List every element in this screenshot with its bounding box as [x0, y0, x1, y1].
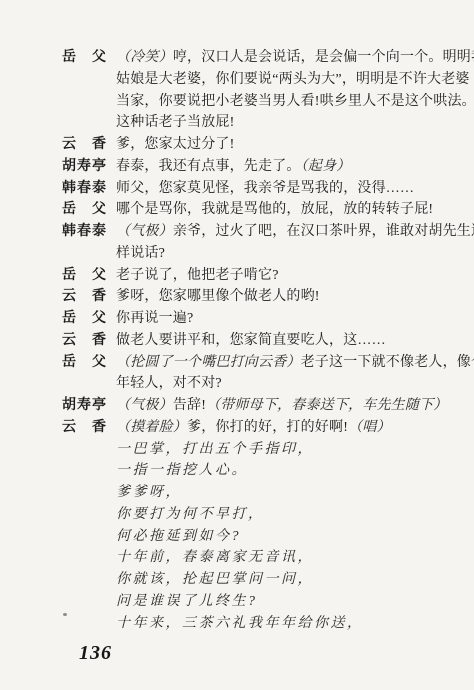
dialogue-row: 问是谁误了儿终生?	[62, 591, 460, 613]
dialogue-row: 这种话老子当放屁!	[62, 112, 460, 134]
dialogue-row: 一指一指挖人心。	[62, 460, 460, 482]
dialogue-row: 十年前，春泰离家无音讯，	[62, 547, 460, 569]
dialogue-row: 十年来，三茶六礼我年年给你送，	[62, 613, 460, 635]
speaker-name: 岳 父	[62, 265, 108, 287]
dialogue-row: 何必拖延到如今?	[62, 526, 460, 548]
stage-direction: （带师母下，春泰送下，车先生随下）	[206, 398, 447, 413]
speaker-name: 韩春泰	[62, 221, 108, 243]
dialogue-row: 岳 父 哪个是骂你，我就是骂他的，放屁，放的转转子屁!	[62, 199, 460, 221]
speaker-name: 岳 父	[62, 199, 108, 221]
dialogue-text: 你就该，抡起巴掌问一问，	[116, 569, 314, 591]
dialogue-text: （摸着脸）爹，你打的好，打的好啊!（唱）	[116, 417, 391, 439]
stage-direction: （气极）	[116, 398, 173, 413]
dialogue-row: 姑娘是大老婆，你们要说“两头为大”，明明是不许大老婆	[62, 69, 460, 91]
dialogue-row: 云 香 做老人要讲平和，您家简直要吃人，这……	[62, 330, 460, 352]
speaker-name: 岳 父	[62, 352, 108, 374]
stage-direction: （抡圆了一个嘴巴打向云香）	[116, 355, 301, 370]
speaker-name: 胡寿亭	[62, 156, 108, 178]
dialogue-text: 你再说一遍?	[116, 308, 193, 330]
dialogue-row: 你要打为何不早打，	[62, 504, 460, 526]
dialogue-text: 十年来，三茶六礼我年年给你送，	[116, 613, 364, 635]
page-number: 136	[79, 642, 112, 665]
dialogue-text: （抡圆了一个嘴巴打向云香）老子这一下就不像老人，像个	[116, 352, 474, 374]
dialogue-text: 爹呀，您家哪里像个做老人的哟!	[116, 286, 320, 308]
dialogue-text: 问是谁误了儿终生?	[116, 591, 258, 613]
dialogue-text: 爹，您家太过分了!	[116, 134, 234, 156]
stage-direction: （起身）	[301, 159, 351, 174]
dialogue-text: 十年前，春泰离家无音讯，	[116, 547, 314, 569]
dialogue-text: 何必拖延到如今?	[116, 526, 241, 548]
dialogue-row: 样说话?	[62, 243, 460, 265]
dialogue-text: 样说话?	[116, 243, 165, 265]
dialogue-row: 岳 父 （抡圆了一个嘴巴打向云香）老子这一下就不像老人，像个	[62, 352, 460, 374]
dialogue-text: 这种话老子当放屁!	[116, 112, 234, 134]
speaker-name: 云 香	[62, 134, 108, 156]
dialogue-row: 韩春泰 师父，您家莫见怪，我亲爷是骂我的，没得……	[62, 178, 460, 200]
dialogue-row: 岳 父 老子说了，他把老子啃它?	[62, 265, 460, 287]
dialogue-row: 岳 父 你再说一遍?	[62, 308, 460, 330]
dialogue-row: 胡寿亭 （气极）告辞!（带师母下，春泰送下，车先生随下）	[62, 395, 460, 417]
speaker-name: 云 香	[62, 330, 108, 352]
dialogue-text: 当家，你要说把小老婆当男人看!哄乡里人不是这个哄法。	[116, 91, 474, 113]
dialogue-row: 年轻人，对不对?	[62, 373, 460, 395]
scan-speck	[63, 613, 67, 616]
book-page: 岳 父 （冷笑）哼，汉口人是会说话，是会偏一个向一个。明明我 姑娘是大老婆，你们…	[0, 0, 474, 690]
dialogue-text: （气极）告辞!（带师母下，春泰送下，车先生随下）	[116, 395, 447, 417]
dialogue-row: 云 香 爹呀，您家哪里像个做老人的哟!	[62, 286, 460, 308]
stage-direction: （摸着脸）	[116, 420, 187, 435]
dialogue-text: 老子说了，他把老子啃它?	[116, 265, 279, 287]
dialogue-text: 哪个是骂你，我就是骂他的，放屁，放的转转子屁!	[116, 199, 433, 221]
dialogue-row: 岳 父 （冷笑）哼，汉口人是会说话，是会偏一个向一个。明明我	[62, 47, 460, 69]
dialogue-text: 做老人要讲平和，您家简直要吃人，这……	[116, 330, 386, 352]
dialogue-text: 师父，您家莫见怪，我亲爷是骂我的，没得……	[116, 178, 414, 200]
dialogue-text: 春泰，我还有点事，先走了。（起身）	[116, 156, 350, 178]
speaker-name: 韩春泰	[62, 178, 108, 200]
dialogue-row: 爹爹呀，	[62, 482, 460, 504]
dialogue-text: 爹爹呀，	[116, 482, 182, 504]
playscript-text-block: 岳 父 （冷笑）哼，汉口人是会说话，是会偏一个向一个。明明我 姑娘是大老婆，你们…	[62, 47, 460, 634]
dialogue-text: 你要打为何不早打，	[116, 504, 265, 526]
dialogue-row: 韩春泰 （气极）亲爷，过火了吧，在汉口茶叶界，谁敢对胡先生这	[62, 221, 460, 243]
dialogue-text: 姑娘是大老婆，你们要说“两头为大”，明明是不许大老婆	[116, 69, 470, 91]
speaker-name: 岳 父	[62, 308, 108, 330]
dialogue-row: 当家，你要说把小老婆当男人看!哄乡里人不是这个哄法。	[62, 91, 460, 113]
dialogue-row: 你就该，抡起巴掌问一问，	[62, 569, 460, 591]
dialogue-text: 一巴掌，打出五个手指印，	[116, 439, 314, 461]
dialogue-row: 一巴掌，打出五个手指印，	[62, 439, 460, 461]
dialogue-row: 胡寿亭 春泰，我还有点事，先走了。（起身）	[62, 156, 460, 178]
dialogue-text: （气极）亲爷，过火了吧，在汉口茶叶界，谁敢对胡先生这	[116, 221, 474, 243]
dialogue-text: 年轻人，对不对?	[116, 373, 222, 395]
speaker-name: 岳 父	[62, 47, 108, 69]
stage-direction: （唱）	[348, 420, 391, 435]
speaker-name: 云 香	[62, 286, 108, 308]
dialogue-text: （冷笑）哼，汉口人是会说话，是会偏一个向一个。明明我	[116, 47, 474, 69]
speaker-name: 云 香	[62, 417, 108, 439]
dialogue-row: 云 香 （摸着脸）爹，你打的好，打的好啊!（唱）	[62, 417, 460, 439]
dialogue-text: 一指一指挖人心。	[116, 460, 248, 482]
stage-direction: （冷笑）	[116, 50, 173, 65]
speaker-name: 胡寿亭	[62, 395, 108, 417]
dialogue-row: 云 香 爹，您家太过分了!	[62, 134, 460, 156]
stage-direction: （气极）	[116, 224, 173, 239]
